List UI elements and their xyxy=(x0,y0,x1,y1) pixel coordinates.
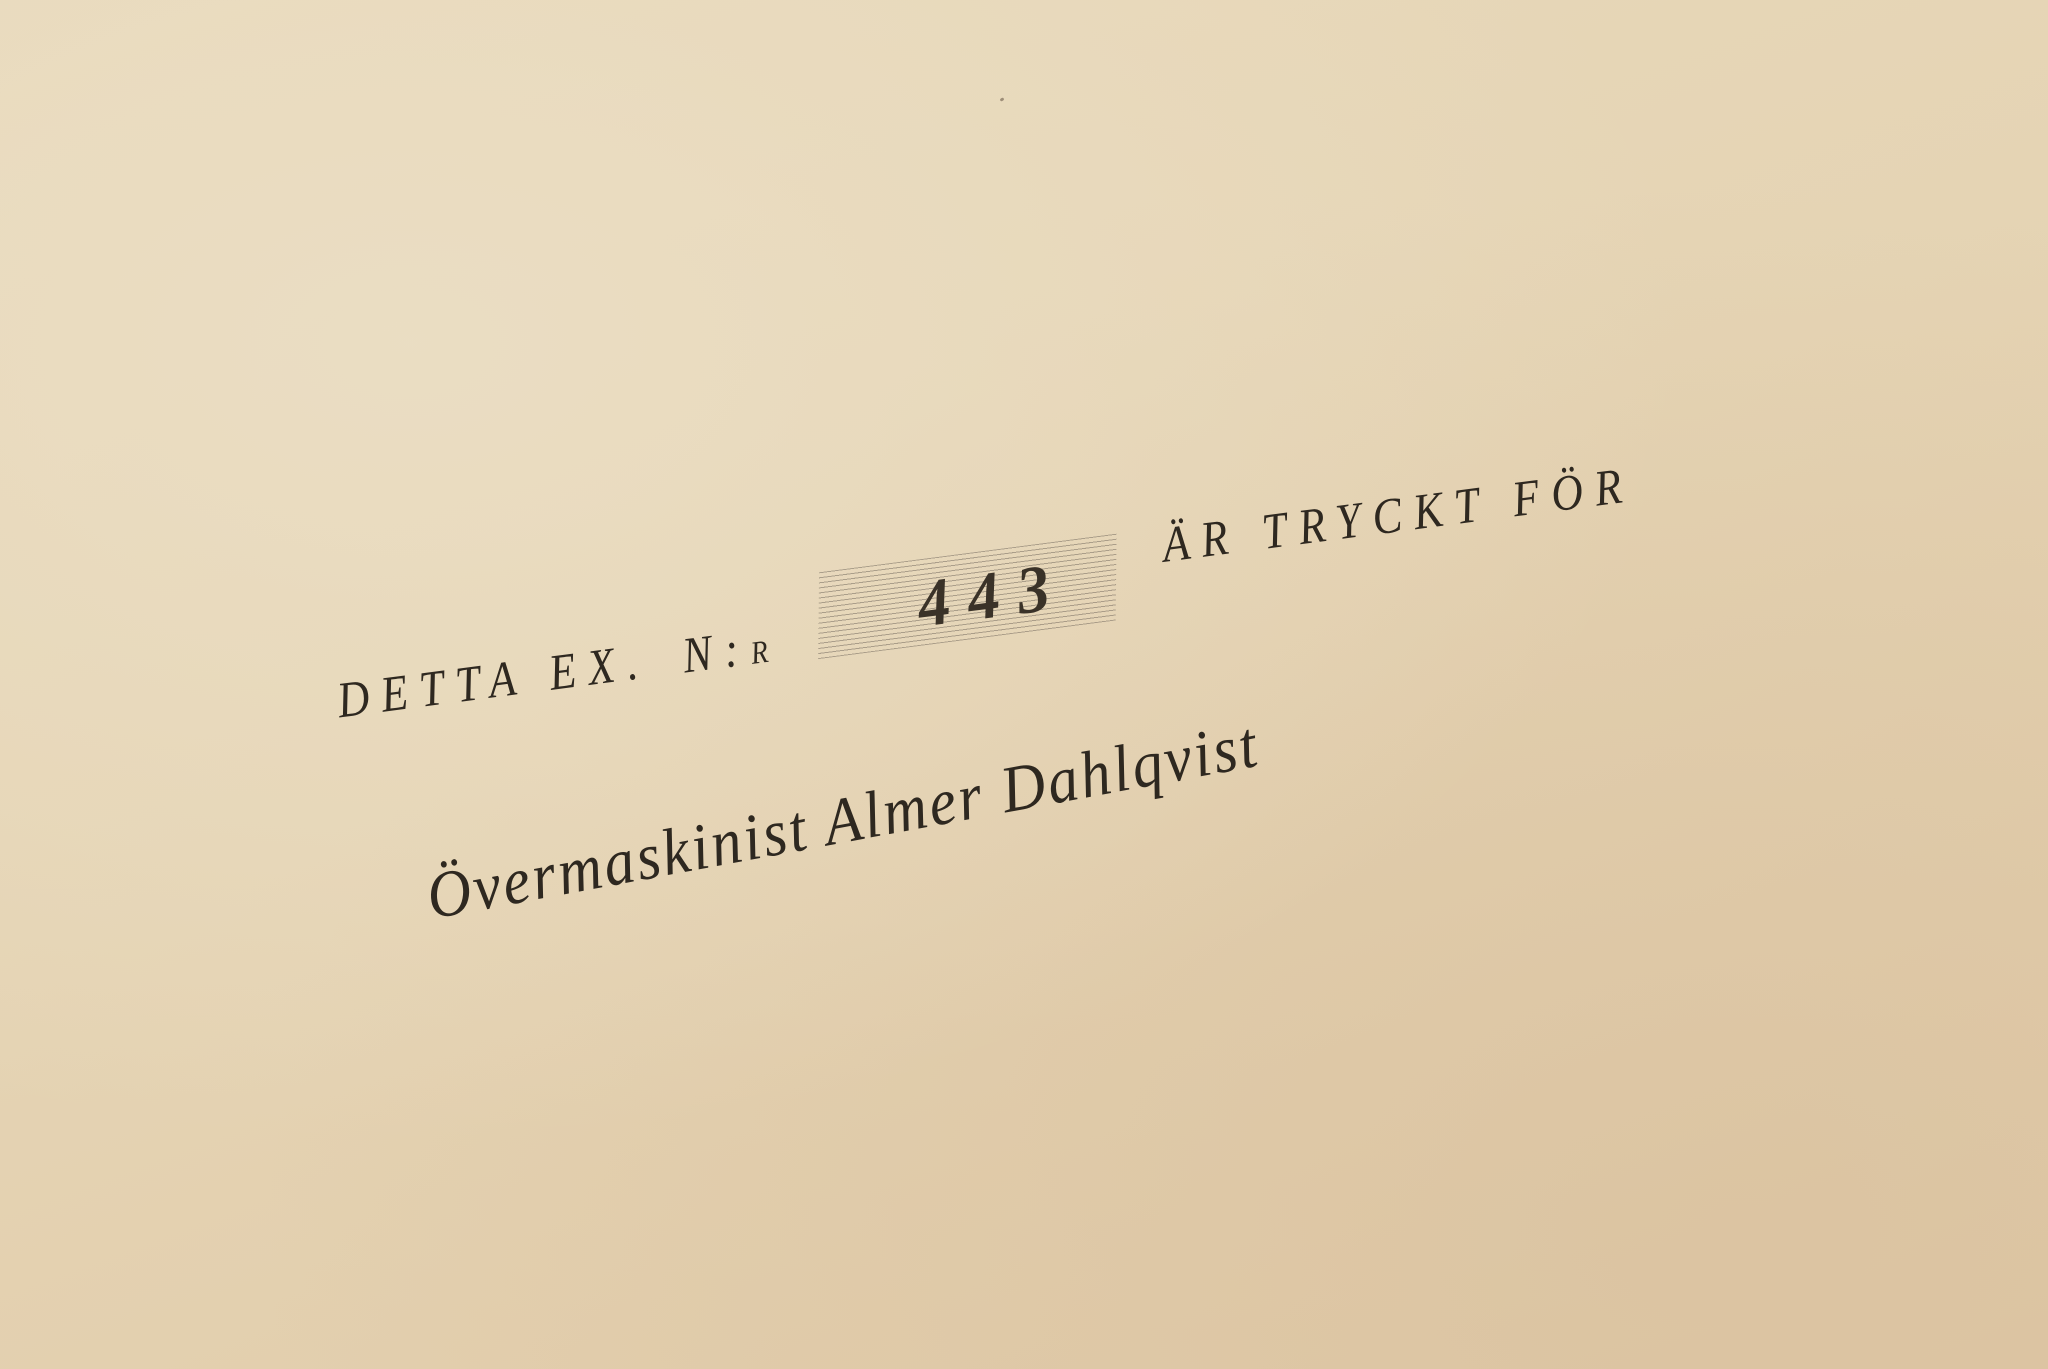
recipient-name: Övermaskinist Almer Dahlqvist xyxy=(421,707,1265,936)
number-label: N:R xyxy=(679,616,773,685)
number-label-main: N: xyxy=(679,619,754,684)
ar-tryckt-for-text: ÄR TRYCKT FÖR xyxy=(1159,455,1637,574)
edition-inscription: DETTA EX. N:R 443 ÄR TRYCKT FÖR Övermask… xyxy=(0,0,2048,1369)
detta-ex-text: DETTA EX. xyxy=(334,631,653,730)
number-label-sup: R xyxy=(749,634,773,672)
